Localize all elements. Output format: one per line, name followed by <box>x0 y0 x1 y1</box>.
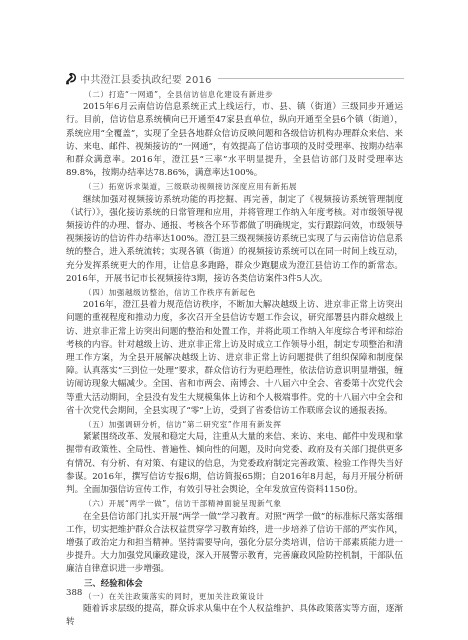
running-header: 中共澄江县委执政纪要 2016 <box>64 70 404 86</box>
section-heading: 三、经验和体会 <box>66 577 403 590</box>
paragraph: 继续加强对视频接访系统功能的再挖掘、再完善，制定了《视频接访系统管理制度（试行）… <box>66 194 403 286</box>
subsection-heading: （二）打造“一网通”，全县信访信息化建设有新进步 <box>66 88 403 101</box>
paragraph: 2015年6月云南信访信息系统正式上线运行，市、县、镇（街道）三级同步开通运行。… <box>66 101 403 180</box>
paragraph: 2016年，澄江县着力规范信访秩序，不断加大解决越级上访、进京非正常上访突出问题… <box>66 299 403 418</box>
page-number: 388 <box>66 588 82 598</box>
party-emblem-icon <box>64 71 78 85</box>
paragraph: 随着诉求层级的提高，群众诉求从集中在个人权益维护、具体政策落实等方面，逐渐转 <box>66 603 403 629</box>
subsection-heading: （六）开展“两学一做”，信访干部精神面貌呈现新气象 <box>66 497 403 510</box>
subsection-heading: （三）拓宽诉求渠道，三级联动视频接访深度应用有新拓展 <box>66 180 403 193</box>
subsection-heading: （五）加强调研分析，信访“第二研究室”作用有新发挥 <box>66 418 403 431</box>
paragraph: 在全县信访部门扎实开展“两学一做”学习教育。对照“两学一做”的标准标尺落实落细工… <box>66 511 403 577</box>
paragraph: 紧紧围绕改革、发展和稳定大局，注重从大量的来信、来访、来电、邮件中发现和掌握带有… <box>66 431 403 497</box>
subsection-heading: （四）加强越级访整治，信访工作秩序有新起色 <box>66 286 403 299</box>
header-rule <box>218 78 404 79</box>
header-title: 中共澄江县委执政纪要 2016 <box>80 71 212 86</box>
subsection-heading: （一）在关注政策落实的同时，更加关注政策设计 <box>66 590 403 603</box>
document-body: （二）打造“一网通”，全县信访信息化建设有新进步2015年6月云南信访信息系统正… <box>66 88 403 629</box>
